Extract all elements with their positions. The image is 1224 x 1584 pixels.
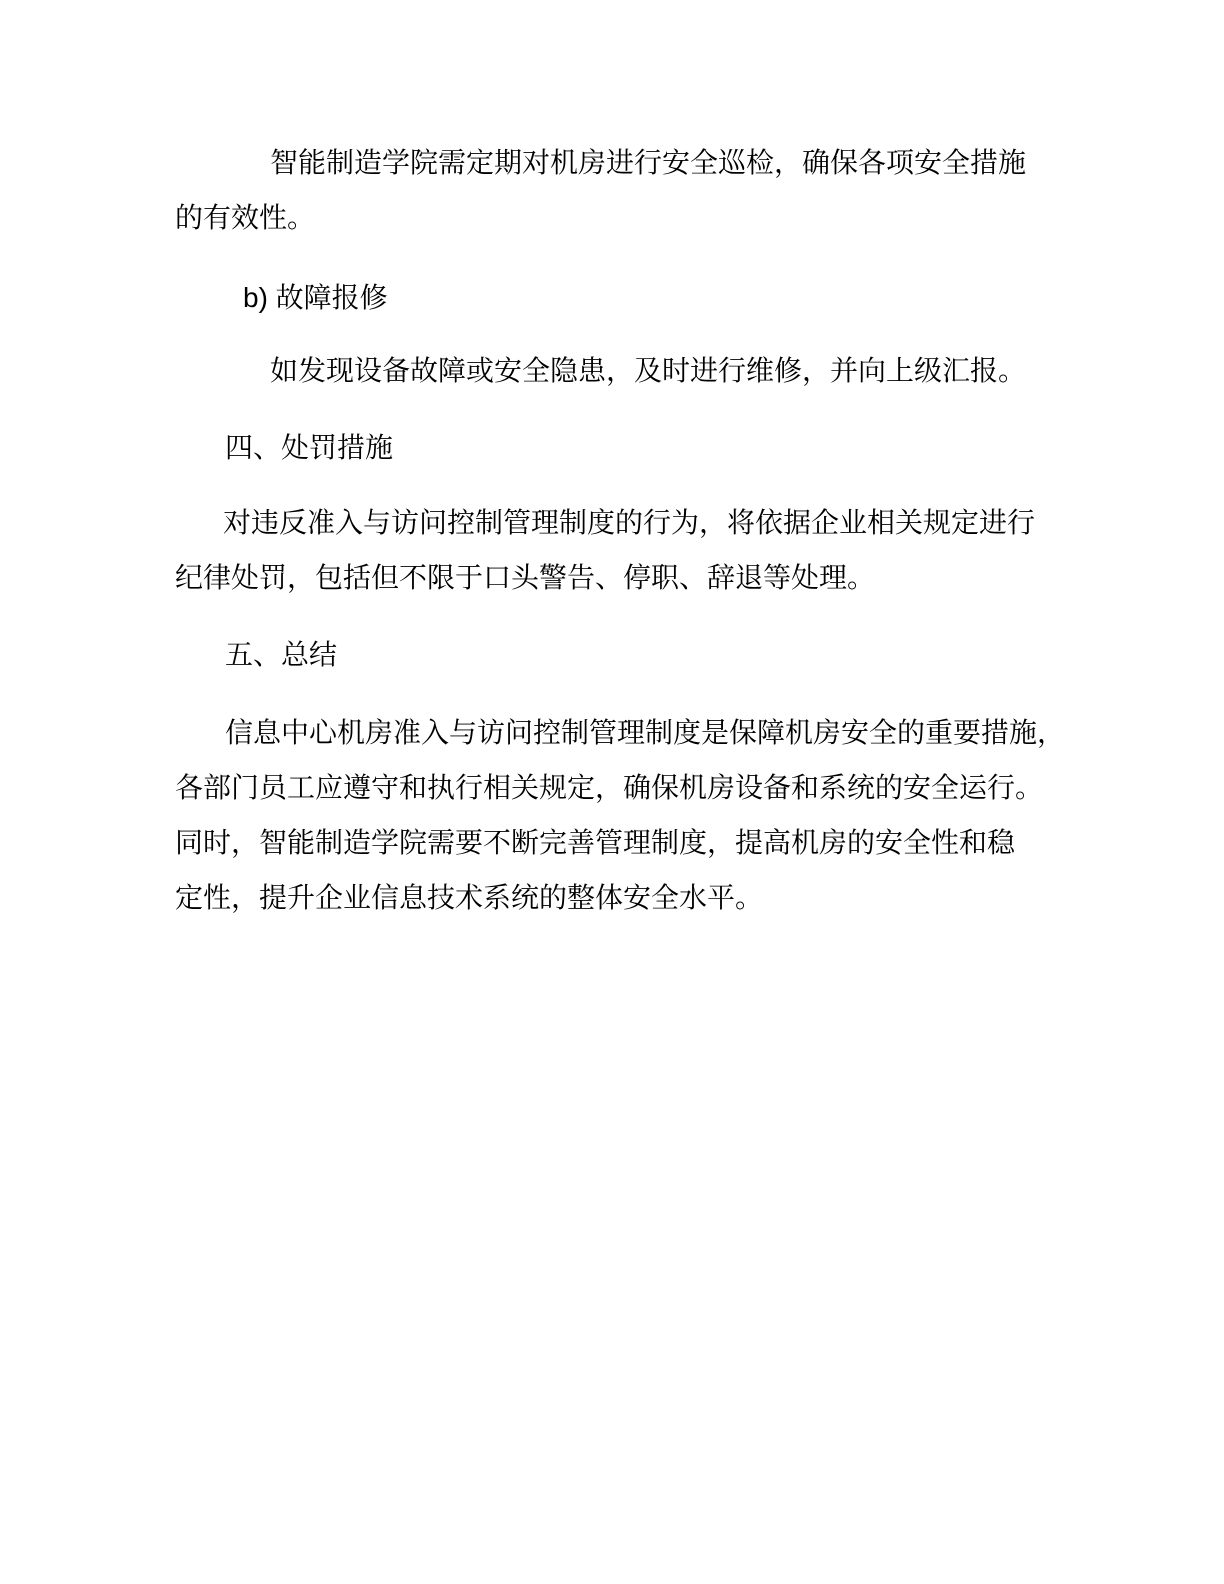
paragraph-summary-line-4: 定性，提升企业信息技术系统的整体安全水平。: [175, 881, 763, 915]
paragraph-summary-line-2: 各部门员工应遵守和执行相关规定，确保机房设备和系统的安全运行。: [175, 771, 1043, 805]
document-page: 智能制造学院需定期对机房进行安全巡检，确保各项安全措施 的有效性。 b) 故障报…: [0, 0, 1224, 1584]
paragraph-penalties-line-2: 纪律处罚，包括但不限于口头警告、停职、辞退等处理。: [175, 561, 875, 595]
item-b-fault-repair-heading: b) 故障报修: [243, 281, 388, 315]
paragraph-safety-inspection-line-1: 智能制造学院需定期对机房进行安全巡检，确保各项安全措施: [270, 146, 1026, 180]
section-4-penalties-heading: 四、处罚措施: [225, 431, 393, 465]
paragraph-fault-repair: 如发现设备故障或安全隐患，及时进行维修，并向上级汇报。: [270, 354, 1026, 388]
paragraph-safety-inspection-line-2: 的有效性。: [175, 201, 315, 235]
section-5-summary-heading: 五、总结: [225, 638, 337, 672]
paragraph-summary-line-1: 信息中心机房准入与访问控制管理制度是保障机房安全的重要措施，: [225, 716, 1065, 750]
paragraph-summary-line-3: 同时，智能制造学院需要不断完善管理制度，提高机房的安全性和稳: [175, 826, 1015, 860]
paragraph-penalties-line-1: 对违反准入与访问控制管理制度的行为，将依据企业相关规定进行: [223, 506, 1035, 540]
